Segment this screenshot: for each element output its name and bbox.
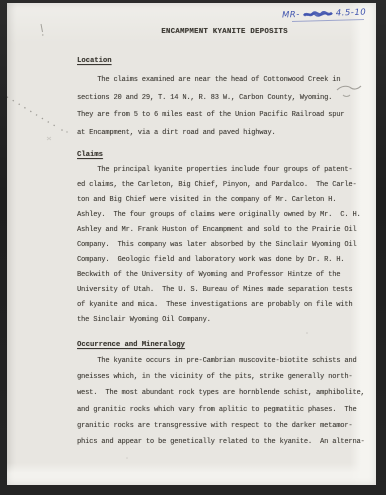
paper-speck: [126, 457, 128, 459]
location-paragraph: The claims examined are near the head of…: [77, 72, 354, 142]
document-title: ENCAMPMENT KYANITE DEPOSITS: [86, 28, 363, 36]
scanned-document-photo: { "annotation": { "prefix": "MR-", "numb…: [0, 0, 386, 495]
text-line: The principal kyanite properties include…: [77, 163, 354, 178]
location-heading: Location: [77, 57, 354, 65]
claims-heading: Claims: [77, 151, 354, 159]
document-page: MR- 4.5-10 ENCAMPMENT KYANITE DEPOSITS L: [7, 3, 376, 485]
occurrence-heading: Occurrence and Mineralogy: [77, 341, 354, 349]
text-line: Ashley. The four groups of claims were o…: [77, 208, 354, 223]
text-line: sections 20 and 29, T. 14 N., R. 83 W., …: [77, 90, 354, 108]
text-line: granitic rocks are transgressive with re…: [77, 418, 354, 434]
text-line: Ashley and Mr. Frank Huston of Encampmen…: [77, 223, 354, 238]
text-line: phics and appear to be genetically relat…: [77, 434, 354, 450]
text-line: gneisses which, in the vicinity of the p…: [77, 369, 354, 385]
text-line: University of Utah. The U. S. Bureau of …: [77, 283, 354, 298]
text-line: The kyanite occurs in pre-Cambrian musco…: [77, 353, 354, 369]
text-line: They are from 5 to 6 miles east of the U…: [77, 107, 354, 125]
typewritten-content: ENCAMPMENT KYANITE DEPOSITS Location The…: [7, 3, 376, 450]
text-line: Company. This company was later absorbed…: [77, 238, 354, 253]
text-line: of kyanite and mica. These investigation…: [77, 298, 354, 313]
section-claims: Claims The principal kyanite properties …: [77, 151, 354, 328]
occurrence-paragraph: The kyanite occurs in pre-Cambrian musco…: [77, 353, 354, 450]
text-line: ton and Big Chief were visited in the co…: [77, 193, 354, 208]
text-line: the Sinclair Wyoming Oil Company.: [77, 313, 354, 328]
text-line: and granitic rocks which vary from aplit…: [77, 402, 354, 418]
text-line: ed claims, the Carleton, Big Chief, Piny…: [77, 178, 354, 193]
section-occurrence: Occurrence and Mineralogy The kyanite oc…: [77, 341, 354, 450]
text-line: Beckwith of the University of Wyoming an…: [77, 268, 354, 283]
claims-paragraph: The principal kyanite properties include…: [77, 163, 354, 328]
text-line: at Encampment, via a dirt road and paved…: [77, 125, 354, 143]
text-line: The claims examined are near the head of…: [77, 72, 354, 90]
text-line: west. The most abundant rock types are h…: [77, 385, 354, 401]
section-location: Location The claims examined are near th…: [77, 57, 354, 142]
text-line: Company. Geologic field and laboratory w…: [77, 253, 354, 268]
